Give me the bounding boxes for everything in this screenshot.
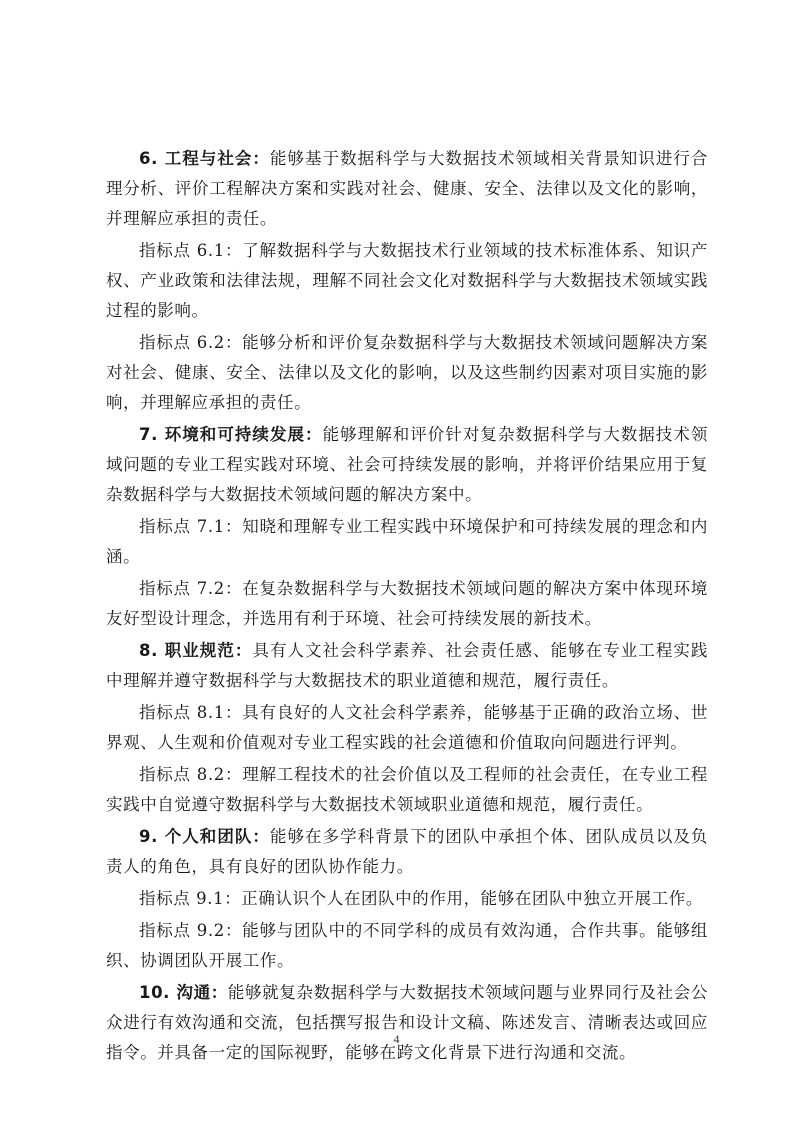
requirement-9: 9. 个人和团队：能够在多学科背景下的团队中承担个体、团队成员以及负责人的角色，… (106, 822, 708, 882)
indicator-7-2: 指标点 7.2：在复杂数据科学与大数据技术领域问题的解决方案中体现环境友好型设计… (106, 574, 708, 634)
indicator-9-2: 指标点 9.2：能够与团队中的不同学科的成员有效沟通，合作共事。能够组织、协调团… (106, 916, 708, 976)
requirement-heading: 7. 环境和可持续发展： (139, 425, 323, 444)
indicator-9-1: 指标点 9.1：正确认识个人在团队中的作用，能够在团队中独立开展工作。 (106, 884, 708, 914)
requirement-6: 6. 工程与社会：能够基于数据科学与大数据技术领域相关背景知识进行合理分析、评价… (106, 144, 708, 234)
requirement-heading: 10. 沟通： (139, 983, 228, 1002)
indicator-6-2: 指标点 6.2：能够分析和评价复杂数据科学与大数据技术领域问题解决方案对社会、健… (106, 328, 708, 418)
indicator-6-1: 指标点 6.1：了解数据科学与大数据技术行业领域的技术标准体系、知识产权、产业政… (106, 236, 708, 326)
indicator-8-2: 指标点 8.2：理解工程技术的社会价值以及工程师的社会责任，在专业工程实践中自觉… (106, 760, 708, 820)
indicator-8-1: 指标点 8.1：具有良好的人文社会科学素养，能够基于正确的政治立场、世界观、人生… (106, 698, 708, 758)
requirement-10: 10. 沟通：能够就复杂数据科学与大数据技术领域问题与业界同行及社会公众进行有效… (106, 978, 708, 1068)
requirement-8: 8. 职业规范：具有人文社会科学素养、社会责任感、能够在专业工程实践中理解并遵守… (106, 636, 708, 696)
requirement-heading: 6. 工程与社会： (139, 149, 270, 168)
indicator-7-1: 指标点 7.1：知晓和理解专业工程实践中环境保护和可持续发展的理念和内涵。 (106, 512, 708, 572)
document-body: 6. 工程与社会：能够基于数据科学与大数据技术领域相关背景知识进行合理分析、评价… (106, 144, 708, 1070)
requirement-7: 7. 环境和可持续发展：能够理解和评价针对复杂数据科学与大数据技术领域问题的专业… (106, 420, 708, 510)
requirement-heading: 9. 个人和团队： (139, 827, 270, 846)
requirement-heading: 8. 职业规范： (139, 641, 252, 660)
page-number: 4 (0, 1032, 793, 1047)
